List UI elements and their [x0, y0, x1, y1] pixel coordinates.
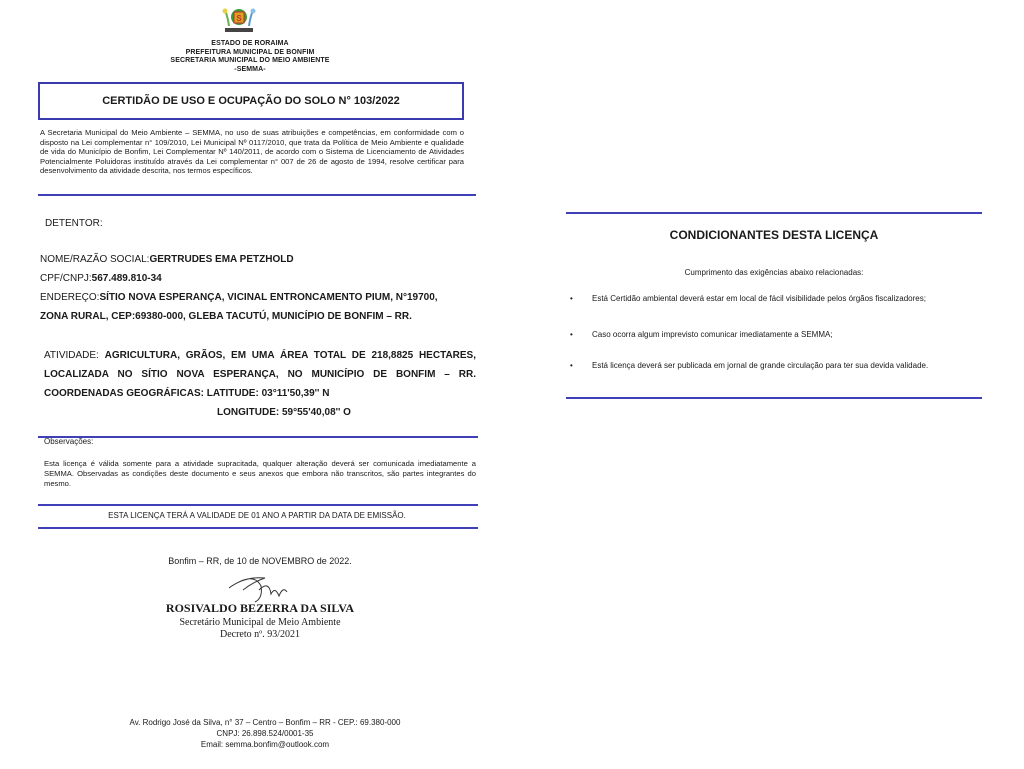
signatory-role-block: Secretário Municipal de Meio Ambiente De…: [140, 617, 380, 641]
holder-name-value: GERTRUDES EMA PETZHOLD: [149, 254, 293, 265]
document-title-text: CERTIDÃO DE USO E OCUPAÇÃO DO SOLO N° 10…: [102, 95, 400, 107]
detentor-heading: DETENTOR:: [45, 218, 103, 229]
holder-address-row-2: ZONA RURAL, CEP:69380-000, GLEBA TACUTÚ,…: [40, 307, 480, 326]
observations-text: Esta licença é válida somente para a ati…: [44, 459, 476, 489]
condition-item: •Caso ocorra algum imprevisto comunicar …: [570, 327, 978, 342]
footer-address: Av. Rodrigo José da Silva, n° 37 – Centr…: [80, 717, 450, 728]
document-title: CERTIDÃO DE USO E OCUPAÇÃO DO SOLO N° 10…: [38, 82, 464, 120]
activity-block: ATIVIDADE: AGRICULTURA, GRÃOS, EM UMA ÁR…: [44, 346, 476, 422]
holder-address-row: ENDEREÇO:SÍTIO NOVA ESPERANÇA, VICINAL E…: [40, 288, 480, 307]
holder-name-row: NOME/RAZÃO SOCIAL:GERTRUDES EMA PETZHOLD: [40, 250, 480, 269]
holder-address-label: ENDEREÇO:: [40, 292, 99, 303]
signatory-name: ROSIVALDO BEZERRA DA SILVA: [140, 601, 380, 616]
condition-item: •Está licença deverá ser publicada em jo…: [570, 360, 978, 371]
validity-notice: ESTA LICENÇA TERÁ A VALIDADE DE 01 ANO A…: [38, 511, 476, 520]
divider: [38, 527, 478, 529]
holder-details: NOME/RAZÃO SOCIAL:GERTRUDES EMA PETZHOLD…: [40, 250, 480, 326]
condition-text: Caso ocorra algum imprevisto comunicar i…: [592, 330, 833, 339]
footer-cnpj: CNPJ: 26.898.524/0001-35: [80, 728, 450, 739]
holder-cpf-row: CPF/CNPJ:567.489.810-34: [40, 269, 480, 288]
divider: [38, 436, 478, 438]
holder-name-label: NOME/RAZÃO SOCIAL:: [40, 254, 149, 265]
header-secretaria: SECRETARIA MUNICIPAL DO MEIO AMBIENTE: [140, 57, 360, 66]
intro-paragraph: A Secretaria Municipal do Meio Ambiente …: [40, 128, 464, 176]
issue-date: Bonfim – RR, de 10 de NOVEMBRO de 2022.: [140, 556, 380, 566]
divider: [38, 194, 476, 196]
bullet-icon: •: [570, 360, 592, 371]
holder-address-value-1: SÍTIO NOVA ESPERANÇA, VICINAL ENTRONCAME…: [99, 292, 437, 303]
conditions-subtitle: Cumprimento das exigências abaixo relaci…: [566, 268, 982, 277]
svg-text:S: S: [236, 14, 242, 23]
header-prefeitura: PREFEITURA MUNICIPAL DE BONFIM: [140, 49, 360, 58]
signatory-decree: Decreto nº. 93/2021: [140, 629, 380, 641]
observations-label: Observações:: [44, 437, 93, 446]
activity-value: AGRICULTURA, GRÃOS, EM UMA ÁREA TOTAL DE…: [44, 350, 476, 399]
condition-text: Está licença deverá ser publicada em jor…: [592, 361, 928, 370]
divider: [38, 504, 478, 506]
divider: [566, 397, 982, 399]
activity-longitude: LONGITUDE: 59°55'40,08'' O: [44, 403, 476, 422]
header-semma: -SEMMA-: [140, 66, 360, 75]
signatory-role: Secretário Municipal de Meio Ambiente: [140, 617, 380, 629]
footer-email: Email: semma.bonfim@outlook.com: [80, 739, 450, 750]
bullet-icon: •: [570, 291, 592, 306]
header-state: ESTADO DE RORAIMA: [140, 40, 360, 49]
condition-text: Está Certidão ambiental deverá estar em …: [592, 294, 926, 303]
holder-cpf-value: 567.489.810-34: [92, 273, 162, 284]
condition-item: •Está Certidão ambiental deverá estar em…: [570, 291, 978, 306]
divider: [566, 212, 982, 214]
activity-label: ATIVIDADE:: [44, 350, 99, 361]
bullet-icon: •: [570, 327, 592, 342]
holder-address-value-2: ZONA RURAL, CEP:69380-000, GLEBA TACUTÚ,…: [40, 311, 412, 322]
coat-of-arms-icon: S: [219, 4, 259, 36]
footer: Av. Rodrigo José da Silva, n° 37 – Centr…: [80, 717, 450, 750]
header-block: ESTADO DE RORAIMA PREFEITURA MUNICIPAL D…: [140, 40, 360, 74]
conditions-title: CONDICIONANTES DESTA LICENÇA: [566, 228, 982, 242]
holder-cpf-label: CPF/CNPJ:: [40, 273, 92, 284]
